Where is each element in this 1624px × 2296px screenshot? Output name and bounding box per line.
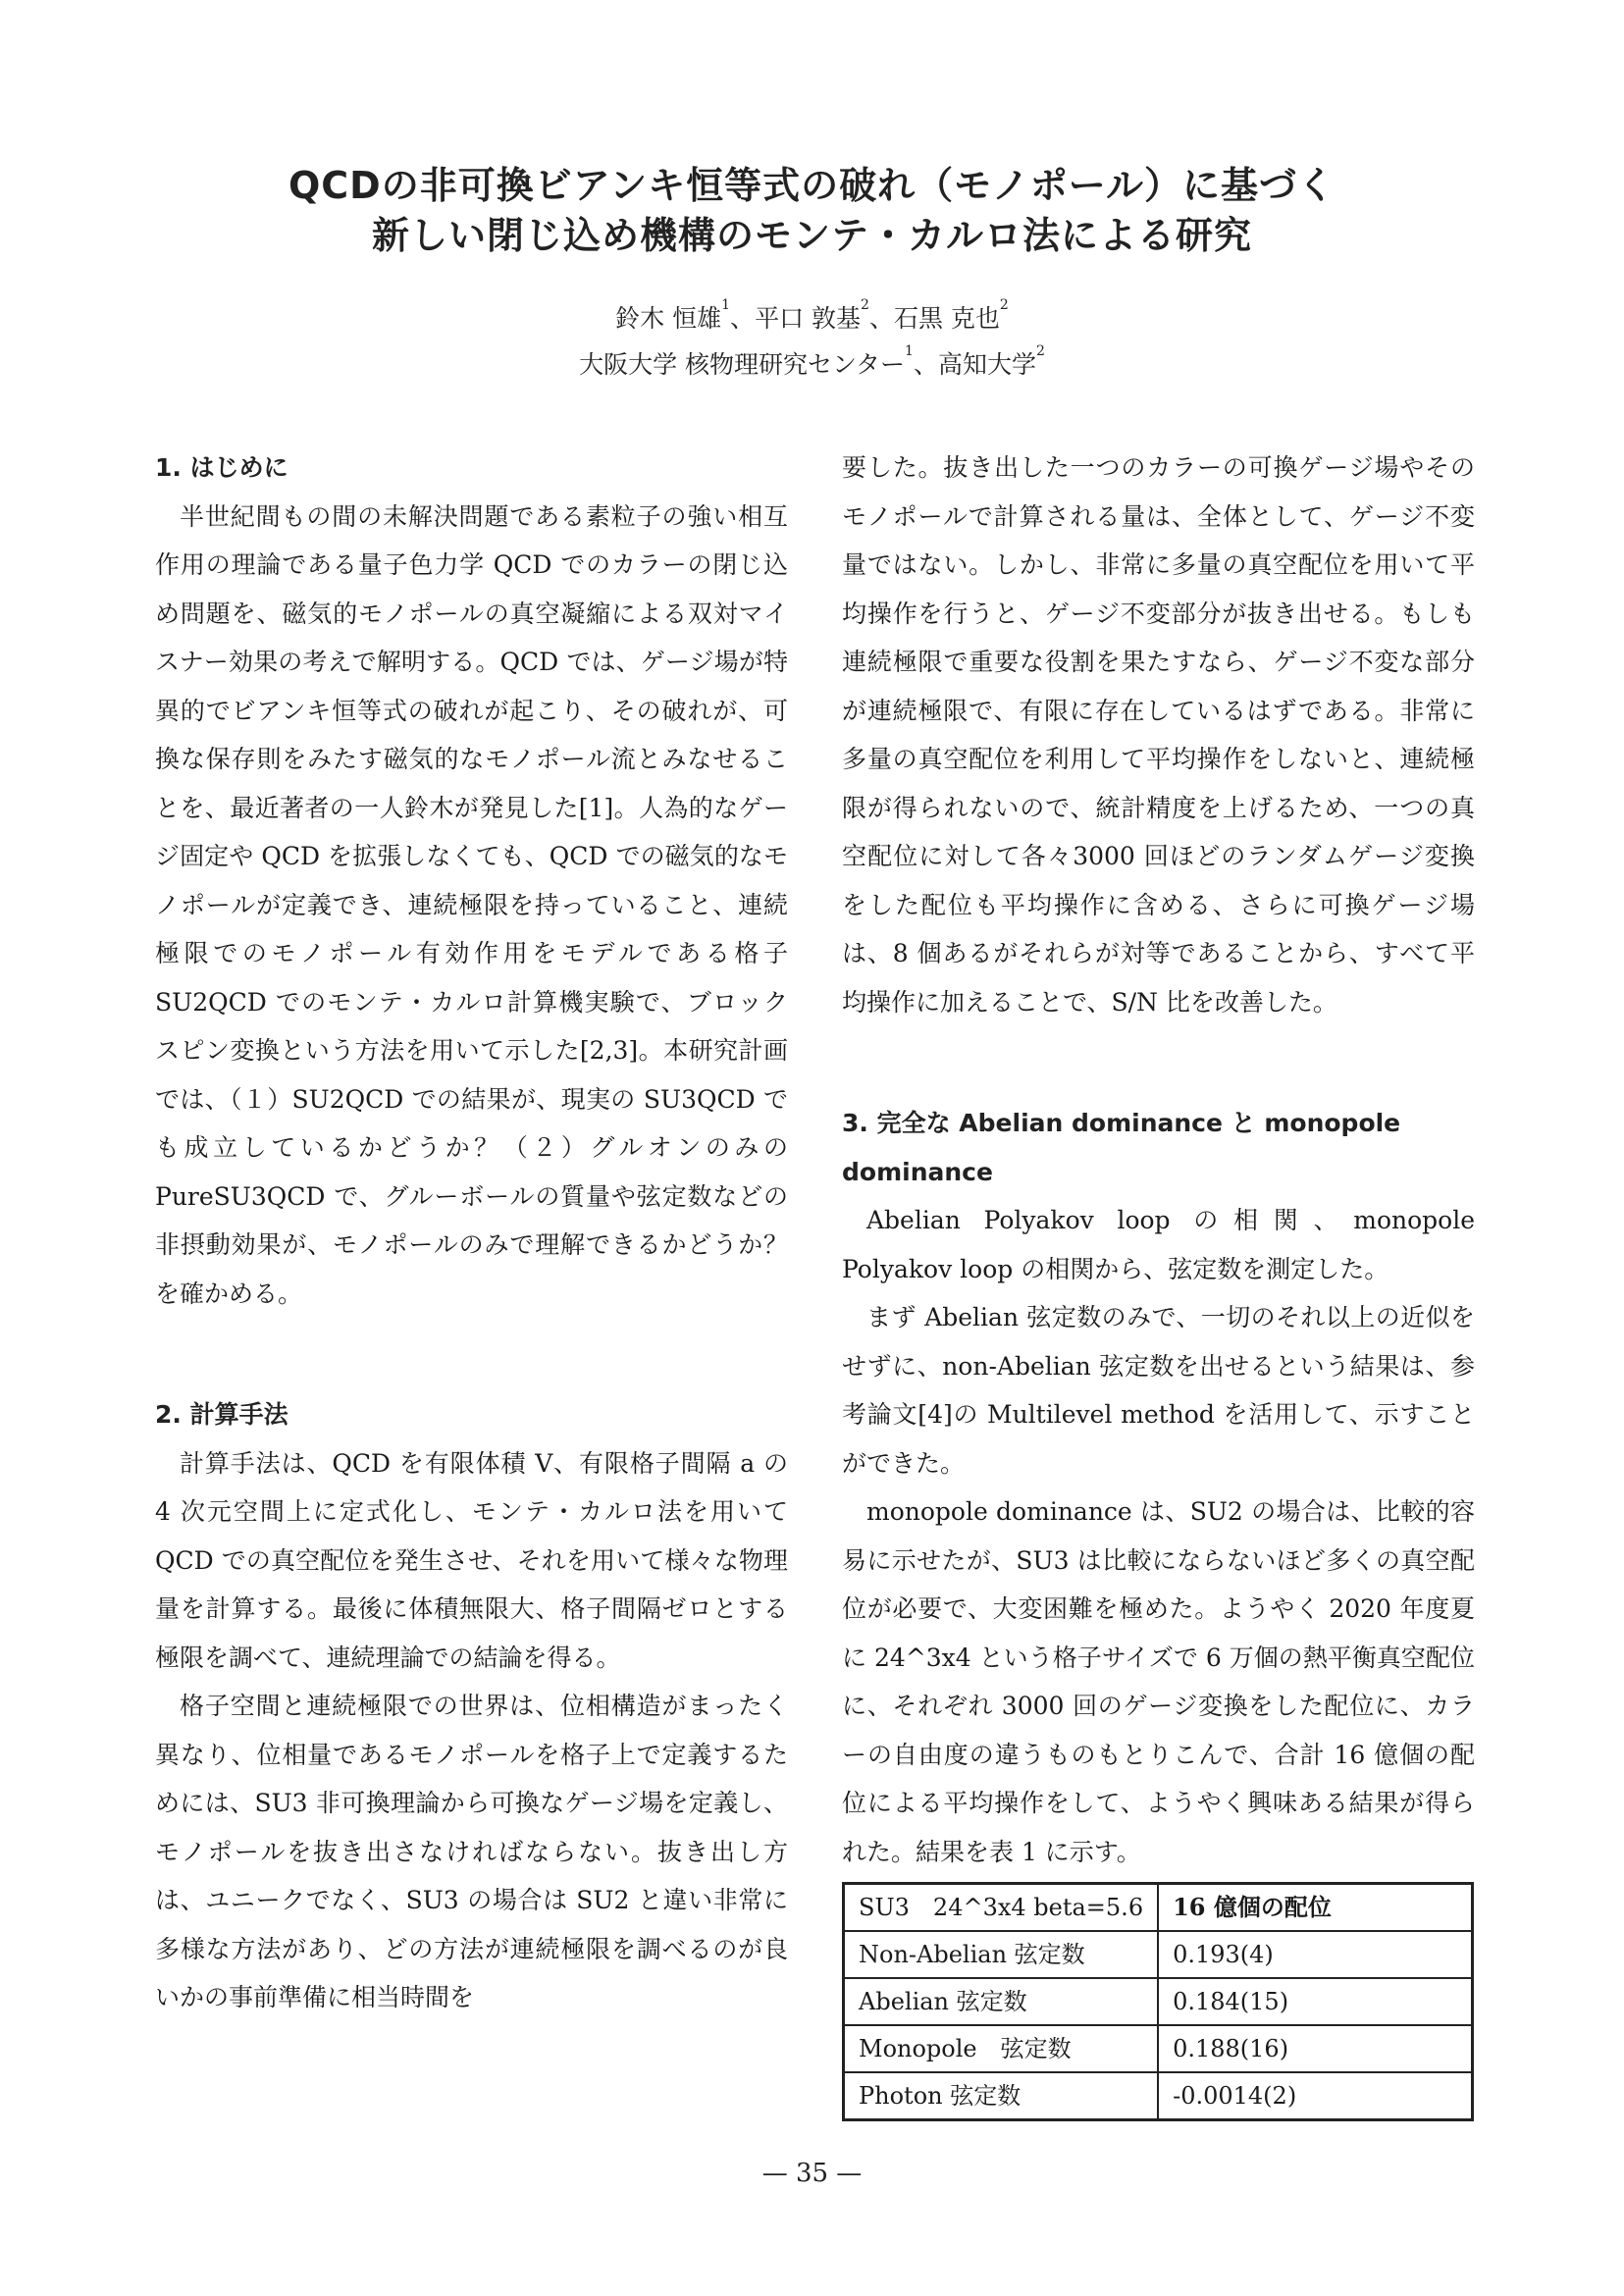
right-column: 要した。抜き出した一つのカラーの可換ゲージ場やそのモノポールで計算される量は、全… [842, 444, 1475, 2121]
spacer [842, 1026, 1475, 1099]
table-cell-value: -0.0014(2) [1158, 2072, 1472, 2120]
author-name: 平口 敦基 [755, 304, 861, 333]
author-name: 石黒 克也 [894, 304, 1000, 333]
paragraph: 半世紀間もの間の未解決問題である素粒子の強い相互作用の理論である量子色力学 QC… [155, 493, 788, 1319]
affiliation-list: 大阪大学 核物理研究センター1、高知大学2 [0, 345, 1624, 381]
left-column: 1. はじめに 半世紀間もの間の未解決問題である素粒子の強い相互作用の理論である… [155, 444, 788, 2022]
table-cell-value: 0.184(15) [1158, 1978, 1472, 2025]
table-cell-label: Non-Abelian 弦定数 [844, 1931, 1159, 1978]
table-row: Monopole 弦定数 0.188(16) [844, 2025, 1473, 2072]
table-cell-label: Photon 弦定数 [844, 2072, 1159, 2120]
table-cell-label: Monopole 弦定数 [844, 2025, 1159, 2072]
table-cell-value: 0.193(4) [1158, 1931, 1472, 1978]
section-heading-introduction: 1. はじめに [155, 444, 788, 493]
author-list: 鈴木 恒雄1、平口 敦基2、石黒 克也2 [0, 299, 1624, 335]
affiliation-mark: 2 [861, 297, 869, 313]
page-number: — 35 — [0, 2159, 1624, 2188]
table-row: Non-Abelian 弦定数 0.193(4) [844, 1931, 1473, 1978]
affiliation-mark: 2 [1000, 297, 1009, 313]
table-row: Photon 弦定数 -0.0014(2) [844, 2072, 1473, 2120]
results-table: SU3 24^3x4 beta=5.6 16 億個の配位 Non-Abelian… [842, 1882, 1474, 2121]
separator: 、 [730, 304, 755, 333]
table-header-cell: SU3 24^3x4 beta=5.6 [844, 1884, 1159, 1932]
affiliation-mark: 1 [905, 343, 914, 359]
table-cell-label: Abelian 弦定数 [844, 1978, 1159, 2025]
section-heading-results: 3. 完全な Abelian dominance と monopole domi… [842, 1099, 1475, 1196]
affiliation-name: 大阪大学 核物理研究センター [579, 350, 905, 379]
table-header-row: SU3 24^3x4 beta=5.6 16 億個の配位 [844, 1884, 1473, 1932]
separator: 、 [914, 350, 938, 379]
separator: 、 [869, 304, 894, 333]
paragraph: まず Abelian 弦定数のみで、一切のそれ以上の近似をせずに、non-Abe… [842, 1293, 1475, 1487]
section-heading-method: 2. 計算手法 [155, 1390, 788, 1439]
author-name: 鈴木 恒雄 [615, 304, 721, 333]
title-line-1: QCDの非可換ビアンキ恒等式の破れ（モノポール）に基づく [0, 155, 1624, 209]
affiliation-mark: 2 [1036, 343, 1045, 359]
table-row: Abelian 弦定数 0.184(15) [844, 1978, 1473, 2025]
paragraph: monopole dominance は、SU2 の場合は、比較的容易に示せたが… [842, 1487, 1475, 1876]
paragraph: Abelian Polyakov loop の相関、monopole Polya… [842, 1196, 1475, 1293]
affiliation-mark: 1 [721, 297, 730, 313]
title-line-2: 新しい閉じ込め機構のモンテ・カルロ法による研究 [0, 205, 1624, 259]
table-header-cell: 16 億個の配位 [1158, 1884, 1472, 1932]
paragraph: 格子空間と連続極限での世界は、位相構造がまったく異なり、位相量であるモノポールを… [155, 1682, 788, 2022]
affiliation-name: 高知大学 [938, 350, 1036, 379]
spacer [155, 1318, 788, 1390]
table-cell-value: 0.188(16) [1158, 2025, 1472, 2072]
paragraph-continued: 要した。抜き出した一つのカラーの可換ゲージ場やそのモノポールで計算される量は、全… [842, 444, 1475, 1026]
paragraph: 計算手法は、QCD を有限体積 V、有限格子間隔 a の 4 次元空間上に定式化… [155, 1439, 788, 1683]
